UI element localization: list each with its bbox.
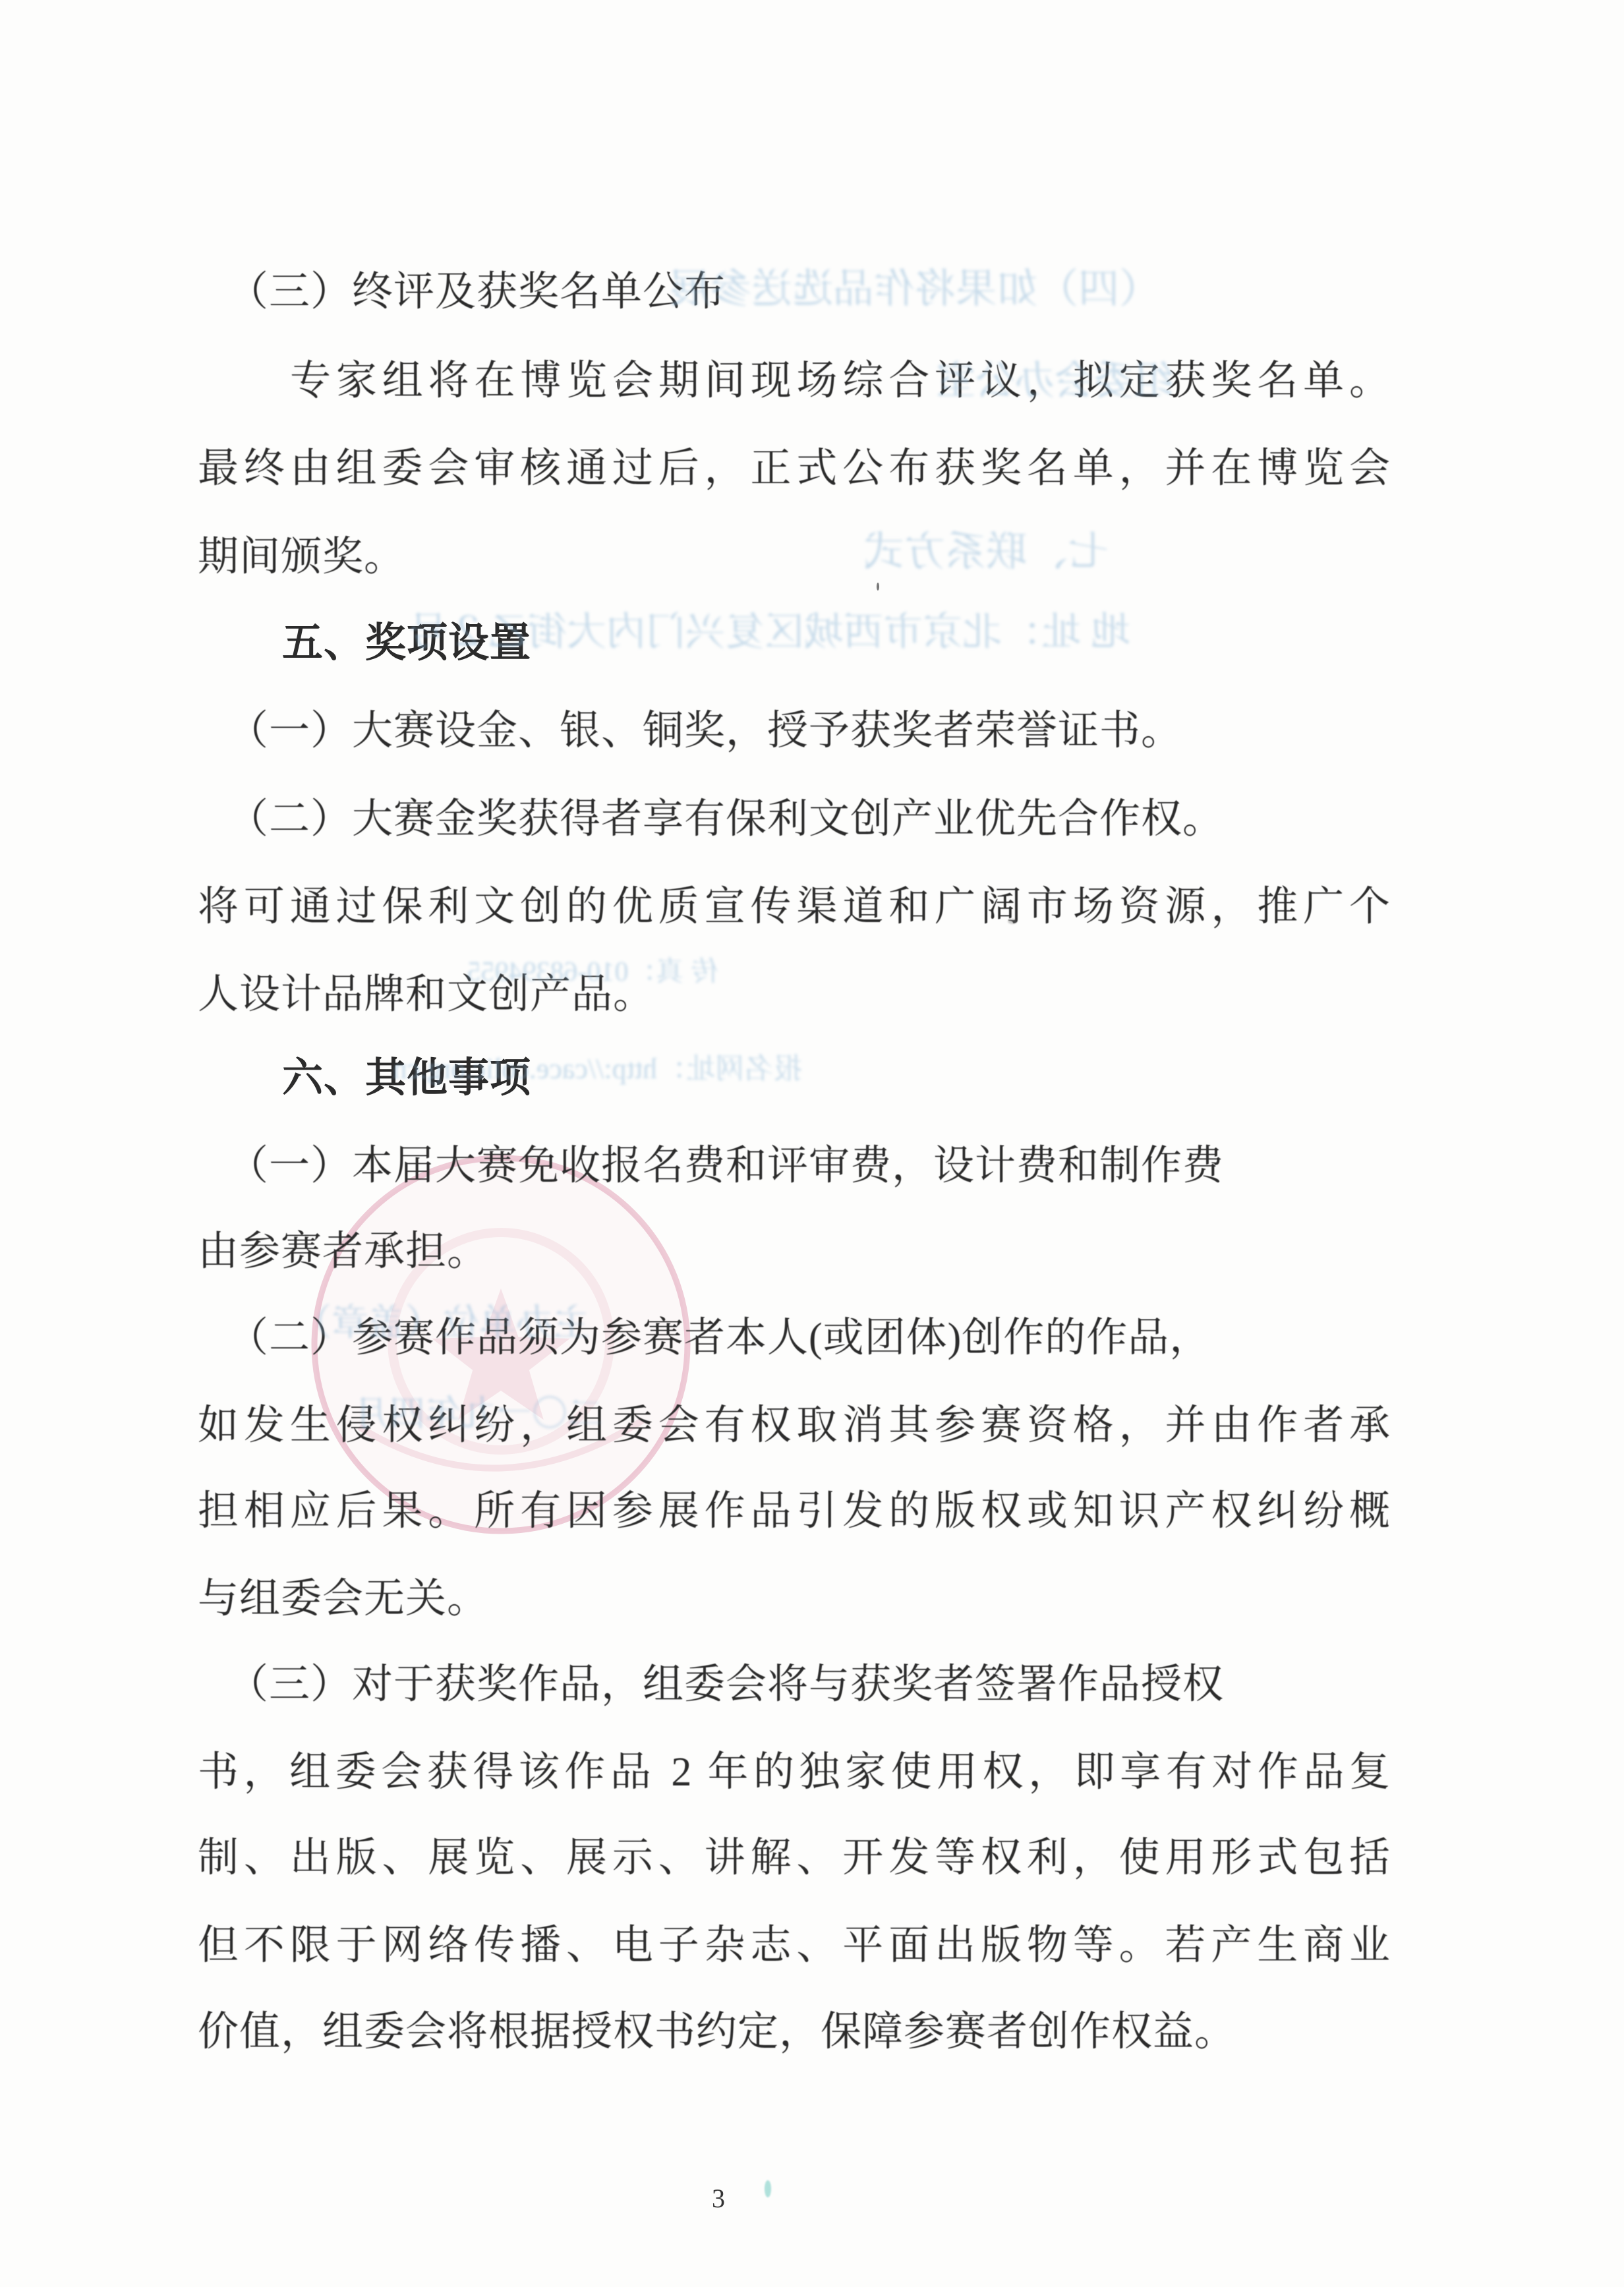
doc-line: 最终由组委会审核通过后，正式公布获奖名单，并在博览会: [198, 446, 1391, 492]
doc-line: 期间颁奖。: [198, 534, 1391, 581]
doc-line: 将可通过保利文创的优质宣传渠道和广阔市场资源，推广个: [198, 884, 1391, 931]
doc-line: （三）对于获奖作品，组委会将与获奖者签署作品授权: [198, 1662, 1391, 1708]
doc-line: 但不限于网络传播、电子杂志、平面出版物等。若产生商业: [198, 1923, 1391, 1969]
bleedthrough-ghost-text: 组委会办公室: [913, 359, 1173, 403]
doc-line: 担相应后果。所有因参展作品引发的版权或知识产权纠纷概: [198, 1488, 1391, 1535]
doc-line: （一）本届大赛免收报名费和评审费，设计费和制作费: [198, 1143, 1391, 1190]
doc-line: 由参赛者承担。: [198, 1229, 1391, 1275]
bleedthrough-ghost-text: 传 真：010-68394955: [527, 957, 718, 987]
bleedthrough-ghost-text: 主办单位（盖章）: [392, 1304, 590, 1345]
scan-speck: [765, 2180, 771, 2197]
bleedthrough-ghost-text: （四）如果将作品选送参展: [699, 267, 1160, 312]
scanned-document-page: （三）终评及获奖名单公布专家组将在博览会期间现场综合评议，拟定获奖名单。最终由组…: [0, 0, 1624, 2287]
page-number: 3: [712, 2183, 725, 2214]
doc-line: 价值，组委会将根据授权书约定，保障参赛者创作权益。: [198, 2009, 1391, 2056]
doc-line: 与组委会无关。: [198, 1576, 1391, 1623]
doc-line: 人设计品牌和文创产品。: [198, 971, 1391, 1018]
doc-line: （二）大赛金奖获得者享有保利文创产业优先合作权。: [198, 796, 1391, 843]
doc-line: 专家组将在博览会期间现场综合评议，拟定获奖名单。: [198, 358, 1391, 405]
doc-line: 书，组委会获得该作品 2 年的独家使用权，即享有对作品复: [198, 1749, 1391, 1796]
bleedthrough-ghost-text: 七、联系方式: [904, 530, 1109, 575]
doc-line: （一）大赛设金、银、铜奖，授予获奖者荣誉证书。: [198, 708, 1391, 755]
bleedthrough-ghost-text: 二〇一九年四月: [451, 1395, 603, 1433]
scan-speck: [1008, 919, 1017, 924]
scan-speck: [617, 379, 620, 390]
bleedthrough-ghost-text: 报名网址：http://cace.colic.org.cn: [509, 1053, 802, 1085]
doc-line: 制、出版、展览、展示、讲解、开发等权利，使用形式包括: [198, 1835, 1391, 1882]
scan-speck: [877, 583, 879, 591]
bleedthrough-ghost-text: 地 址：北京市西城区复兴门内大街乙２号: [402, 610, 1130, 654]
